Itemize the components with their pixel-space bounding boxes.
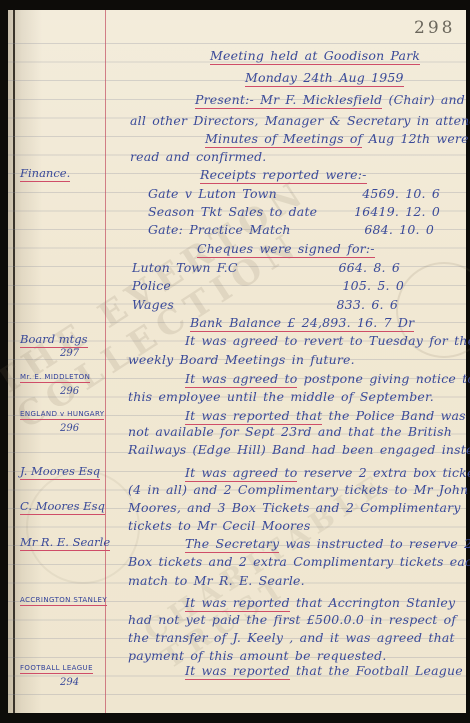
minutes-line: payment of this amount be requested. — [128, 648, 387, 663]
minutes-line: It was reported that the Football League — [185, 663, 463, 678]
margin-heading: Finance. — [20, 166, 104, 180]
minutes-line: It was agreed to revert to Tuesday for t… — [185, 333, 470, 348]
heading-line: Meeting held at Goodison Park — [210, 48, 420, 63]
page-number: 298 — [414, 18, 455, 38]
minutes-line: (4 in all) and 2 Complimentary tickets t… — [128, 482, 468, 497]
minutes-line: It was reported that Accrington Stanley — [185, 595, 455, 610]
margin-ref-number: 297 — [60, 348, 79, 359]
receipt-row: Season Tkt Sales to date16419. 12. 0 — [148, 204, 440, 219]
margin-heading: Board mtgs — [20, 332, 104, 346]
margin-heading: J. Moores Esq — [20, 464, 104, 478]
minutes-line: Box tickets and 2 extra Complimentary ti… — [128, 554, 470, 569]
bank-balance-line: Bank Balance £ 24,893. 16. 7 Dr — [190, 315, 414, 330]
minutes-line: weekly Board Meetings in future. — [128, 352, 355, 367]
minutes-line: Receipts reported were:- — [200, 167, 367, 182]
page: THE EVERTON COLLECTION CHARITABLE TRUST … — [8, 10, 466, 713]
cheque-row: Luton Town F.C664. 8. 6 — [132, 260, 400, 275]
minutes-line: Present:- Mr F. Micklesfield (Chair) and — [195, 92, 465, 107]
margin-ref-number: 296 — [60, 423, 79, 434]
minutes-line: had not yet paid the first £500.0.0 in r… — [128, 612, 456, 627]
minutes-line: the transfer of J. Keely , and it was ag… — [128, 630, 455, 645]
minutes-line: all other Directors, Manager & Secretary… — [130, 113, 470, 128]
receipt-row: Gate: Practice Match684. 10. 0 — [148, 222, 434, 237]
minutes-line: not available for Sept 23rd and that the… — [128, 424, 452, 439]
minutes-line: The Secretary was instructed to reserve … — [185, 536, 470, 551]
minutes-line: this employee until the middle of Septem… — [128, 389, 434, 404]
heading-line: Monday 24th Aug 1959 — [245, 70, 404, 85]
margin-heading: C. Moores Esq — [20, 499, 104, 513]
minutes-line: Cheques were signed for:- — [197, 241, 375, 256]
minutes-line: Moores, and 3 Box Tickets and 2 Complime… — [128, 500, 461, 515]
minutes-line: read and confirmed. — [130, 149, 266, 164]
minutes-line: It was agreed to postpone giving notice … — [185, 371, 470, 386]
minutes-line: It was reported that the Police Band was — [185, 408, 466, 423]
minutes-line: It was agreed to reserve 2 extra box tic… — [185, 465, 470, 480]
cheque-row: Wages833. 6. 6 — [132, 297, 398, 312]
margin-heading: Mr. E. MIDDLETON — [20, 373, 104, 381]
margin-ref-number: 296 — [60, 386, 79, 397]
minutes-line: match to Mr R. E. Searle. — [128, 573, 305, 588]
margin-heading: Mr R. E. Searle — [20, 535, 104, 549]
margin-heading: ENGLAND v HUNGARY — [20, 410, 104, 418]
minutes-line: Railways (Edge Hill) Band had been engag… — [128, 442, 470, 457]
receipt-row: Gate v Luton Town4569. 10. 6 — [148, 186, 440, 201]
margin-red-line — [105, 10, 106, 713]
scanned-minute-book-page: THE EVERTON COLLECTION CHARITABLE TRUST … — [0, 0, 470, 723]
minutes-line: Minutes of Meetings of Aug 12th were — [205, 131, 469, 146]
margin-ref-number: 294 — [60, 677, 79, 688]
margin-heading: ACCRINGTON STANLEY — [20, 596, 104, 604]
minutes-line: tickets to Mr Cecil Moores — [128, 518, 310, 533]
margin-heading: FOOTBALL LEAGUE — [20, 664, 104, 672]
cheque-row: Police105. 5. 0 — [132, 278, 404, 293]
